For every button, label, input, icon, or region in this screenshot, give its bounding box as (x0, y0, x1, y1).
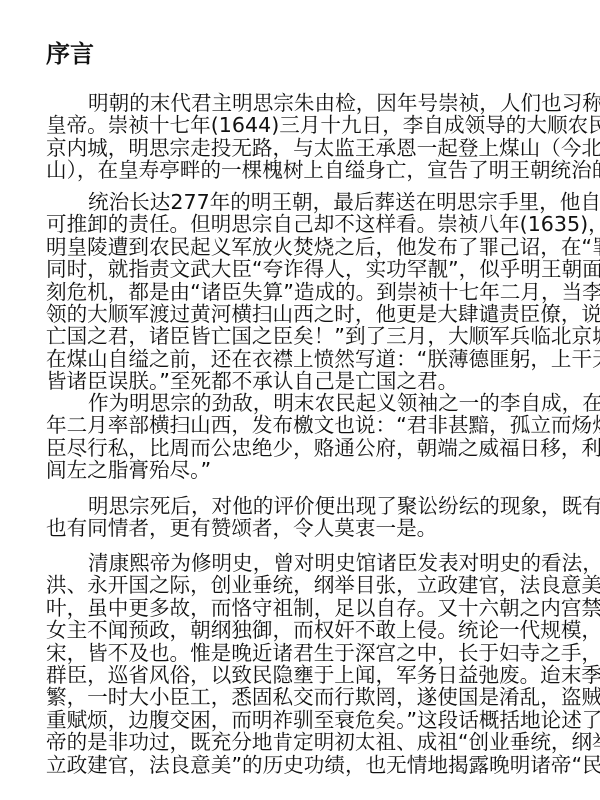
text-line: 作为明思宗的劲敌，明末农民起义领袖之一的李自成，在崇祯十七 (46, 392, 586, 414)
text-line: 群臣，巡省风俗，以致民隐壅于上闻，军务日益弛废。迨末季朋党滋 (46, 664, 586, 686)
page-title: 序言 (46, 40, 94, 68)
text-line: 领的大顺军渡过黄河横扫山西之时，他更是大肆谴责臣僚，说：“朕非 (46, 303, 586, 325)
paragraph-2: 统治长达277年的明王朝，最后葬送在明思宗手里，他自然负有不 可推卸的责任。但明… (46, 191, 586, 393)
text-line: 清康熙帝为修明史，曾对明史馆诸臣发表对明史的看法，谓：“当 (46, 552, 586, 574)
text-line: 立政建官，法良意美”的历史功绩，也无情地揭露晚明诸帝“民隐壅于 (46, 754, 586, 776)
text-line: 亡国之君，诸臣皆亡国之臣矣！”到了三月，大顺军兵临北京城下，他 (46, 325, 586, 347)
text-line: 帝的是非功过，既充分地肯定明初太祖、成祖“创业垂统，纲举目张， (46, 731, 586, 753)
text-line: 刻危机，都是由“诸臣失算”造成的。到崇祯十七年二月，当李自成率 (46, 281, 586, 303)
text-line: 繁，一时大小臣工，悉固私交而行欺罔，遂使国是淆乱，盗贼恣猖，役 (46, 686, 586, 708)
text-line: 闾左之脂膏殆尽。” (46, 459, 586, 481)
paragraph-3: 作为明思宗的劲敌，明末农民起义领袖之一的李自成，在崇祯十七 年二月率部横扫山西，… (46, 392, 586, 482)
text-line: 山），在皇寿亭畔的一棵槐树上自缢身亡，宣告了明王朝统治的终结。 (46, 159, 586, 181)
text-line: 统治长达277年的明王朝，最后葬送在明思宗手里，他自然负有不 (46, 191, 586, 213)
text-line: 可推卸的责任。但明思宗自己却不这样看。崇祯八年(1635)，当凤阳的 (46, 213, 586, 235)
text-line: 在煤山自缢之前，还在衣襟上愤然写道：“朕薄德匪躬，上干天咎，然 (46, 348, 586, 370)
text-line: 臣尽行私，比周而公忠绝少，赂通公府，朝端之威福日移，利擅宗绅， (46, 437, 586, 459)
document-page: 序言 明朝的末代君主明思宗朱由检，因年号崇祯，人们也习称他为崇祯 皇帝。崇祯十七… (0, 0, 600, 800)
text-line: 宋，皆不及也。惟是晚近诸君生于深宫之中，长于妇寺之手，不能接对 (46, 642, 586, 664)
text-line: 也有同情者，更有赞颂者，令人莫衷一是。 (46, 517, 586, 539)
paragraph-5: 清康熙帝为修明史，曾对明史馆诸臣发表对明史的看法，谓：“当 洪、永开国之际，创业… (46, 552, 586, 776)
text-line: 明思宗死后，对他的评价便出现了聚讼纷纭的现象，既有斥责者， (46, 495, 586, 517)
text-line: 京内城，明思宗走投无路，与太监王承恩一起登上煤山（今北京景 (46, 137, 586, 159)
text-line: 洪、永开国之际，创业垂统，纲举目张，立政建官，法良意美，传诸累 (46, 574, 586, 596)
text-line: 皇帝。崇祯十七年(1644)三月十九日，李自成领导的大顺农民军攻入北 (46, 114, 586, 136)
text-line: 重赋烦，边腹交困，而明祚驯至衰危矣。”这段话概括地论述了明代诸 (46, 709, 586, 731)
text-line: 同时，就指责文武大臣“夸诈得人，实功罕靓”，似乎明王朝面临的深 (46, 258, 586, 280)
text-line: 叶，虽中更多故，而恪守祖制，足以自存。又十六朝之内宫禁毖严，而 (46, 597, 586, 619)
text-line: 皆诸臣误朕。”至死都不承认自己是亡国之君。 (46, 370, 586, 392)
text-line: 明皇陵遭到农民起义军放火焚烧之后，他发布了罪己诏，在“罪己”的 (46, 236, 586, 258)
paragraph-1: 明朝的末代君主明思宗朱由检，因年号崇祯，人们也习称他为崇祯 皇帝。崇祯十七年(1… (46, 92, 586, 182)
paragraph-4: 明思宗死后，对他的评价便出现了聚讼纷纭的现象，既有斥责者， 也有同情者，更有赞颂… (46, 495, 586, 540)
text-line: 年二月率部横扫山西，发布檄文也说：“君非甚黯，孤立而炀灶恒多， (46, 414, 586, 436)
text-line: 明朝的末代君主明思宗朱由检，因年号崇祯，人们也习称他为崇祯 (46, 92, 586, 114)
text-line: 女主不闻预政，朝纲独御，而权奸不敢上侵。统论一代规模，汉迄唐 (46, 619, 586, 641)
